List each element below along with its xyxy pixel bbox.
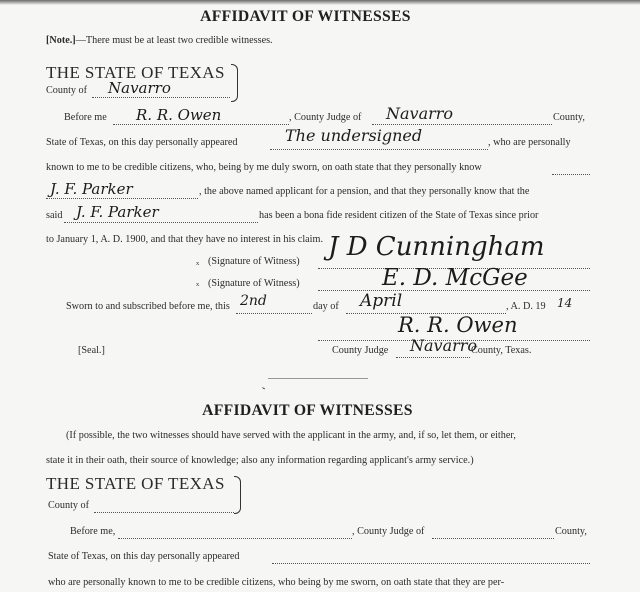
pen-stroke: - <box>259 382 268 394</box>
county-label: County of <box>46 85 87 96</box>
witness1-signature[interactable]: J D Cunningham <box>328 232 545 262</box>
witness2-label: (Signature of Witness) <box>208 278 300 289</box>
note-text: —There must be at least two credible wit… <box>76 35 273 46</box>
line5-suffix: has been a bona fide resident citizen of… <box>259 210 538 221</box>
judge-name-field[interactable]: R. R. Owen <box>136 106 221 124</box>
judge-signature[interactable]: R. R. Owen <box>398 313 517 337</box>
county-judge-label: County Judge <box>332 345 388 356</box>
instruction-line1: (If possible, the two witnesses should h… <box>66 430 516 441</box>
county-texas-label: County, Texas. <box>471 345 531 356</box>
appeared-field[interactable] <box>272 563 590 564</box>
judge-county-field[interactable]: Navarro <box>386 104 453 123</box>
sworn-day-line <box>236 313 312 314</box>
section-title: AFFIDAVIT OF WITNESSES <box>202 402 413 420</box>
judge-name-field[interactable] <box>118 538 352 539</box>
separator-rule <box>268 378 368 379</box>
county-field[interactable]: Navarro <box>108 79 171 97</box>
before-me-label: Before me, <box>70 526 115 537</box>
line2-prefix: State of Texas, on this day personally a… <box>48 551 239 562</box>
said-label: said <box>46 210 62 221</box>
ad-label: , A. D. 19 <box>506 301 546 312</box>
witness2-signature[interactable]: E. D. McGee <box>382 265 528 291</box>
line3-blank <box>552 174 590 175</box>
county-label: County of <box>48 500 89 511</box>
judge-county-line <box>372 124 552 125</box>
seal-label: [Seal.] <box>78 345 105 356</box>
state-heading: THE STATE OF TEXAS <box>46 474 225 494</box>
line2-suffix: , who are personally <box>488 137 571 148</box>
applicant-field[interactable]: J. F. Parker <box>50 180 133 198</box>
county-field-line <box>92 97 230 98</box>
x-mark-1: ₓ <box>196 255 199 267</box>
before-me-label: Before me <box>64 112 107 123</box>
note-label: [Note.] <box>46 35 76 46</box>
sworn-day-field[interactable]: 2nd <box>240 293 267 309</box>
scan-edge-shadow <box>0 0 640 5</box>
appeared-line <box>270 149 488 150</box>
line6: to January 1, A. D. 1900, and that they … <box>46 234 323 245</box>
section-title: AFFIDAVIT OF WITNESSES <box>200 8 411 26</box>
brace <box>234 476 241 514</box>
county-judge-of-label: , County Judge of <box>352 526 424 537</box>
county-suffix: County, <box>555 526 587 537</box>
instruction-line2: state it in their oath, their source of … <box>46 455 474 466</box>
applicant-line <box>46 198 198 199</box>
line4-suffix: , the above named applicant for a pensio… <box>199 186 529 197</box>
brace <box>231 64 238 102</box>
county-suffix: County, <box>553 112 585 123</box>
line3: who are personally known to me to be cre… <box>48 577 504 588</box>
x-mark-2: ₓ <box>196 276 199 288</box>
day-of-label: day of <box>313 301 339 312</box>
appeared-field[interactable]: The undersigned <box>285 126 422 145</box>
sworn-month-field[interactable]: April <box>360 291 402 311</box>
county-field[interactable] <box>94 512 234 513</box>
judge-county-field[interactable] <box>432 538 554 539</box>
line2-prefix: State of Texas, on this day personally a… <box>46 137 237 148</box>
county-judge-of-label: , County Judge of <box>289 112 361 123</box>
county-judge-field[interactable]: Navarro <box>410 336 477 355</box>
said-name-line <box>64 222 258 223</box>
judge-name-line <box>113 124 289 125</box>
note: [Note.]—There must be at least two credi… <box>46 35 273 46</box>
line3: known to me to be credible citizens, who… <box>46 162 482 173</box>
county-judge-line <box>396 357 470 358</box>
said-name-field[interactable]: J. F. Parker <box>76 203 159 221</box>
sworn-year-field[interactable]: 14 <box>557 296 572 310</box>
sworn-prefix: Sworn to and subscribed before me, this <box>66 301 230 312</box>
witness1-label: (Signature of Witness) <box>208 256 300 267</box>
